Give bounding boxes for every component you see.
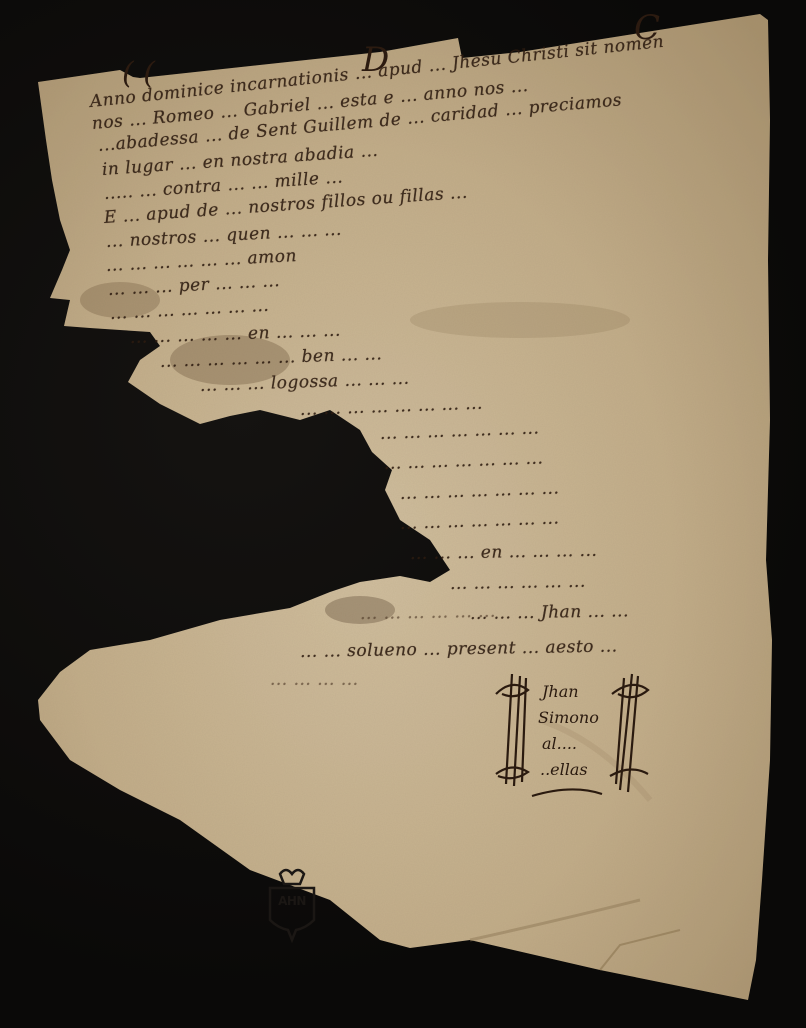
notarial-sign-line-1: Jhan xyxy=(542,682,579,701)
notarial-sign: Jhan Simono al.... ..ellas xyxy=(492,664,662,804)
notarial-sign-line-2: Simono xyxy=(538,708,599,727)
notarial-sign-line-3: al.... xyxy=(542,734,577,753)
archive-stamp: AHN xyxy=(266,864,318,944)
notarial-sign-line-4: ..ellas xyxy=(540,760,588,779)
archive-stamp-label: AHN xyxy=(272,894,312,908)
parchment-sheet xyxy=(0,0,806,1028)
